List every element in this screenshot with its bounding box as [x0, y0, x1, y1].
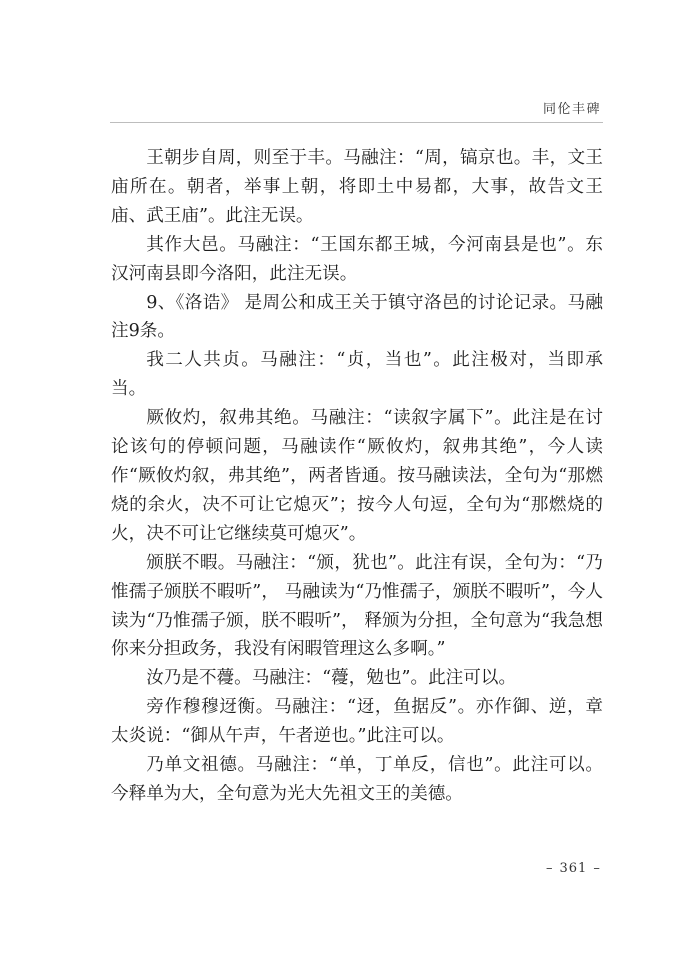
book-page: 同伦丰碑 王朝步自周，则至于丰。马融注：“周，镐京也。丰，文王庙所在。朝者，举事… — [0, 0, 692, 968]
page-number-footer: –361– — [540, 861, 607, 876]
body-text: 王朝步自周，则至于丰。马融注：“周，镐京也。丰，文王庙所在。朝者，举事上朝，将即… — [111, 144, 603, 809]
running-head-title: 同伦丰碑 — [543, 98, 601, 117]
paragraph: 厥攸灼，叙弗其绝。马融注：“读叙字属下”。此注是在讨论该句的停顿问题，马融读作“… — [111, 404, 603, 549]
page-number: 361 — [560, 861, 588, 876]
folio-dash-left: – — [540, 861, 560, 876]
folio-dash-right: – — [587, 861, 607, 876]
paragraph: 9、《洛诰》 是周公和成王关于镇守洛邑的讨论记录。马融注9条。 — [111, 289, 603, 347]
paragraph: 王朝步自周，则至于丰。马融注：“周，镐京也。丰，文王庙所在。朝者，举事上朝，将即… — [111, 144, 603, 231]
paragraph: 汝乃是不蘉。马融注：“蘉，勉也”。此注可以。 — [111, 664, 603, 693]
paragraph: 我二人共贞。马融注：“贞，当也”。此注极对，当即承当。 — [111, 346, 603, 404]
paragraph: 其作大邑。马融注：“王国东都王城，今河南县是也”。东汉河南县即今洛阳，此注无误。 — [111, 231, 603, 289]
paragraph: 颁朕不暇。马融注：“颁，犹也”。此注有误，全句为：“乃惟孺子颁朕不暇听”， 马融… — [111, 549, 603, 665]
running-head: 同伦丰碑 — [110, 96, 603, 123]
paragraph: 乃单文祖德。马融注：“单，丁单反，信也”。此注可以。今释单为大，全句意为光大先祖… — [111, 751, 603, 809]
paragraph: 旁作穆穆迓衡。马融注：“迓，鱼据反”。亦作御、逆，章太炎说：“御从午声，午者逆也… — [111, 693, 603, 751]
